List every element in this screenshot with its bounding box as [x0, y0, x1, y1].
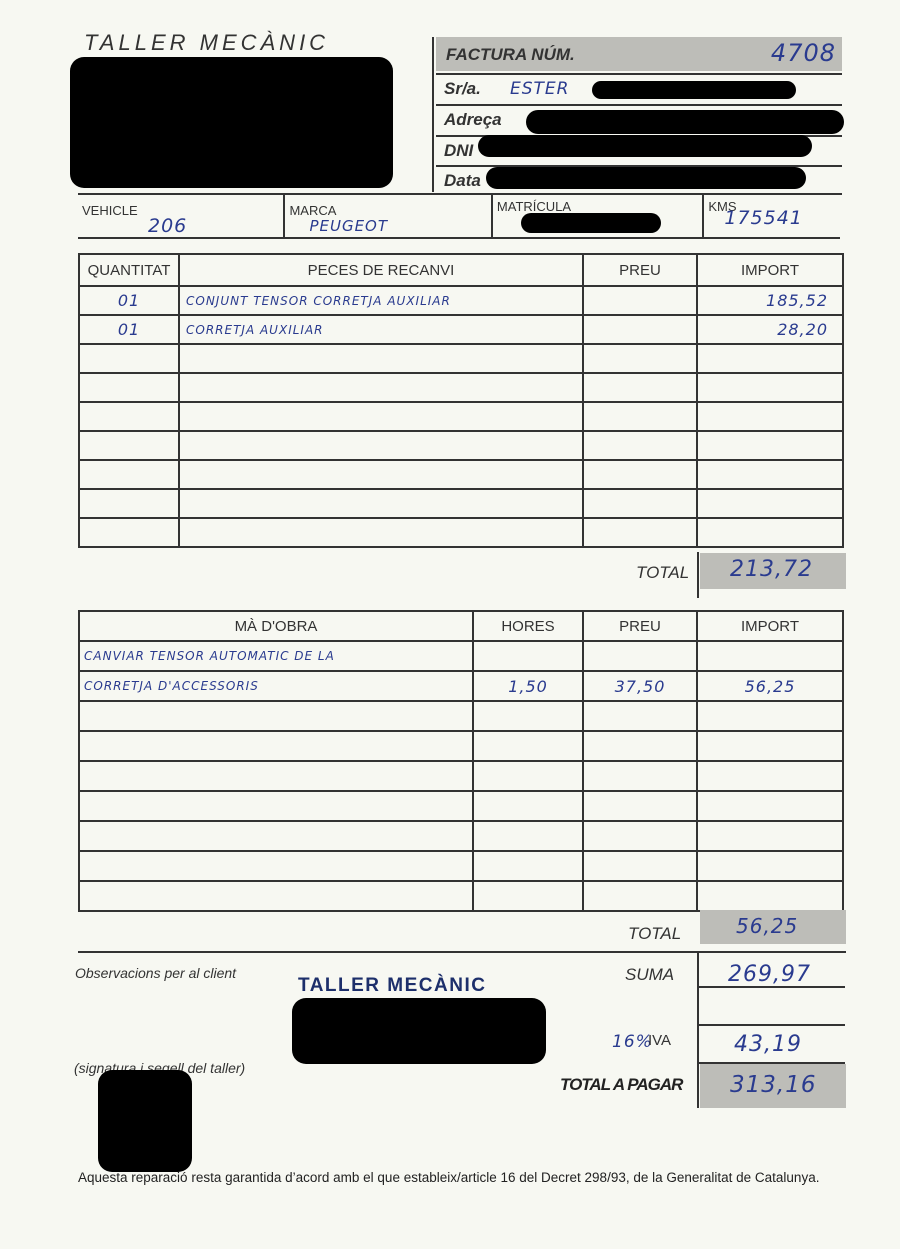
- col-hours: HORES: [473, 611, 583, 641]
- dni-label: DNI: [444, 141, 473, 161]
- table-row: [79, 373, 843, 402]
- plate-cell: MATRÍCULA: [493, 195, 704, 237]
- brand-label: MARCA: [289, 203, 336, 218]
- customer-name-label: Sr/a.: [444, 79, 481, 99]
- date-row: Data: [436, 165, 842, 195]
- redacted-date: [486, 167, 806, 189]
- table-row: [79, 731, 843, 761]
- price-cell: [583, 315, 697, 344]
- price-cell: [583, 286, 697, 315]
- hours-cell: 1,50: [473, 671, 583, 701]
- invoice-number-band: FACTURA NÚM. 4708: [436, 37, 842, 71]
- redacted-plate: [521, 213, 661, 233]
- table-row: CANVIAR TENSOR AUTOMATIC DE LA: [79, 641, 843, 671]
- table-row: [79, 881, 843, 911]
- qty-cell: 01: [79, 286, 179, 315]
- labour-desc-cell: CORRETJA D'ACCESSORIS: [79, 671, 473, 701]
- labour-desc-cell: CANVIAR TENSOR AUTOMATIC DE LA: [79, 641, 473, 671]
- table-row: [79, 518, 843, 547]
- total-to-pay-box: 313,16: [700, 1064, 846, 1108]
- total-to-pay-label: TOTAL A PAGAR: [560, 1075, 682, 1095]
- amount-cell: 185,52: [697, 286, 843, 315]
- parts-table-header: QUANTITAT PECES DE RECANVI PREU IMPORT: [79, 254, 843, 286]
- table-row: [79, 701, 843, 731]
- labour-total-label: TOTAL: [628, 924, 681, 944]
- observations-label: Observacions per al client: [75, 965, 236, 981]
- divider: [697, 552, 699, 598]
- parts-total-label: TOTAL: [636, 563, 689, 583]
- customer-name-value: ESTER: [510, 79, 569, 99]
- kms-value: 175541: [724, 207, 803, 229]
- shop-title: TALLER MECÀNIC: [84, 30, 329, 56]
- table-row: [79, 402, 843, 431]
- col-price: PREU: [583, 254, 697, 286]
- divider: [697, 953, 699, 1108]
- parts-total-box: 213,72: [700, 553, 846, 589]
- table-row: [79, 460, 843, 489]
- kms-cell: KMS 175541: [704, 195, 840, 237]
- invoice-number-value: 4708: [771, 39, 836, 67]
- labour-table-header: MÀ D'OBRA HORES PREU IMPORT: [79, 611, 843, 641]
- desc-cell: CONJUNT TENSOR CORRETJA AUXILIAR: [179, 286, 583, 315]
- invoice-number-label: FACTURA NÚM.: [446, 45, 575, 65]
- desc-cell: CORRETJA AUXILIAR: [179, 315, 583, 344]
- divider: [78, 951, 846, 953]
- table-row: 01CORRETJA AUXILIAR28,20: [79, 315, 843, 344]
- parts-table: QUANTITAT PECES DE RECANVI PREU IMPORT 0…: [78, 253, 844, 548]
- suma-label: SUMA: [625, 965, 674, 985]
- col-quantity: QUANTITAT: [79, 254, 179, 286]
- invoice-info-box: FACTURA NÚM. 4708 Sr/a. ESTER Adreça DNI…: [432, 37, 842, 192]
- warranty-footer: Aquesta reparació resta garantida d’acor…: [78, 1170, 819, 1185]
- hours-cell: [473, 641, 583, 671]
- labour-total-box: 56,25: [700, 910, 846, 944]
- iva-value: 43,19: [734, 1032, 802, 1057]
- vehicle-info-row: VEHICLE 206 MARCA PEUGEOT MATRÍCULA KMS …: [78, 193, 840, 239]
- table-row: [79, 761, 843, 791]
- divider: [699, 1024, 845, 1026]
- labour-price-cell: [583, 641, 697, 671]
- plate-label: MATRÍCULA: [497, 199, 571, 214]
- stamp-title: TALLER MECÀNIC: [298, 975, 486, 997]
- parts-total-value: 213,72: [730, 557, 813, 582]
- iva-label: IVA: [648, 1032, 671, 1049]
- labour-amount-cell: 56,25: [697, 671, 843, 701]
- redacted-stamp: [292, 998, 546, 1064]
- table-row: [79, 431, 843, 460]
- col-labour: MÀ D'OBRA: [79, 611, 473, 641]
- table-row: [79, 344, 843, 373]
- vehicle-value: 206: [148, 215, 187, 237]
- redacted-shop-info: [70, 57, 393, 188]
- table-row: [79, 791, 843, 821]
- address-label: Adreça: [444, 110, 502, 130]
- suma-value: 269,97: [728, 962, 811, 987]
- col-amount: IMPORT: [697, 254, 843, 286]
- redacted-dni: [478, 135, 812, 157]
- divider: [699, 986, 845, 988]
- dni-row: DNI: [436, 135, 842, 163]
- table-row: [79, 851, 843, 881]
- vehicle-cell: VEHICLE 206: [78, 195, 285, 237]
- labour-table: MÀ D'OBRA HORES PREU IMPORT CANVIAR TENS…: [78, 610, 844, 912]
- total-to-pay-value: 313,16: [730, 1072, 816, 1098]
- col-parts: PECES DE RECANVI: [179, 254, 583, 286]
- redacted-address: [526, 110, 844, 134]
- col-labour-price: PREU: [583, 611, 697, 641]
- table-row: [79, 821, 843, 851]
- labour-total-value: 56,25: [736, 914, 798, 938]
- vehicle-label: VEHICLE: [82, 203, 138, 218]
- address-row: Adreça: [436, 104, 842, 132]
- qty-cell: 01: [79, 315, 179, 344]
- brand-cell: MARCA PEUGEOT: [285, 195, 492, 237]
- amount-cell: 28,20: [697, 315, 843, 344]
- iva-rate: 16%: [612, 1032, 653, 1052]
- col-labour-amount: IMPORT: [697, 611, 843, 641]
- date-label: Data: [444, 171, 481, 191]
- brand-value: PEUGEOT: [309, 217, 388, 235]
- labour-price-cell: 37,50: [583, 671, 697, 701]
- customer-name-row: Sr/a. ESTER: [436, 73, 842, 101]
- redacted-signature: [98, 1070, 192, 1172]
- redacted-customer-name: [592, 81, 796, 99]
- table-row: [79, 489, 843, 518]
- labour-amount-cell: [697, 641, 843, 671]
- table-row: 01CONJUNT TENSOR CORRETJA AUXILIAR185,52: [79, 286, 843, 315]
- table-row: CORRETJA D'ACCESSORIS1,5037,5056,25: [79, 671, 843, 701]
